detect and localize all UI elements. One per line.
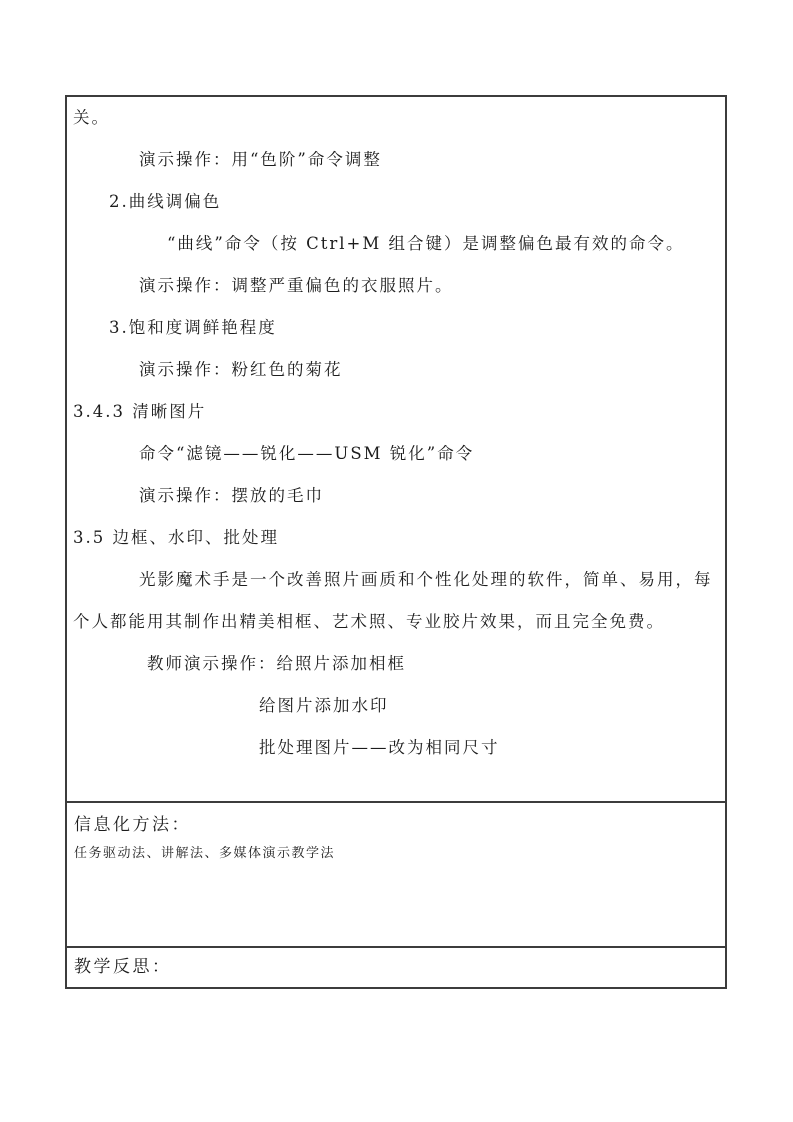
content-line: 2.曲线调偏色: [73, 181, 719, 223]
content-line: 命令“滤镜——锐化——USM 锐化”命令: [73, 433, 719, 475]
content-line: 关。: [73, 97, 719, 139]
content-line: 个人都能用其制作出精美相框、艺术照、专业胶片效果，而且完全免费。: [73, 601, 719, 643]
content-line: 3.5 边框、水印、批处理: [73, 517, 719, 559]
content-line: 3.饱和度调鲜艳程度: [73, 307, 719, 349]
reflection-title: 教学反思：: [74, 953, 718, 981]
content-line: 演示操作：粉红色的菊花: [73, 349, 719, 391]
lesson-content-cell: 关。演示操作：用“色阶”命令调整2.曲线调偏色“曲线”命令（按 Ctrl+M 组…: [67, 97, 725, 803]
lesson-plan-table: 关。演示操作：用“色阶”命令调整2.曲线调偏色“曲线”命令（按 Ctrl+M 组…: [65, 95, 727, 989]
content-line: 3.4.3 清晰图片: [73, 391, 719, 433]
methods-body: 任务驱动法、讲解法、多媒体演示教学法: [74, 843, 718, 865]
content-line: 批处理图片——改为相同尺寸: [73, 727, 719, 769]
content-line: “曲线”命令（按 Ctrl+M 组合键）是调整偏色最有效的命令。: [73, 223, 719, 265]
content-line: 演示操作：用“色阶”命令调整: [73, 139, 719, 181]
methods-title: 信息化方法：: [74, 811, 718, 839]
content-line: 教师演示操作：给照片添加相框: [73, 643, 719, 685]
content-line: 光影魔术手是一个改善照片画质和个性化处理的软件，简单、易用，每: [73, 559, 719, 601]
content-line: 给图片添加水印: [73, 685, 719, 727]
content-line: 演示操作：调整严重偏色的衣服照片。: [73, 265, 719, 307]
content-line: 演示操作：摆放的毛巾: [73, 475, 719, 517]
informatization-methods-cell: 信息化方法： 任务驱动法、讲解法、多媒体演示教学法: [67, 803, 725, 948]
teaching-reflection-cell: 教学反思：: [67, 948, 725, 987]
